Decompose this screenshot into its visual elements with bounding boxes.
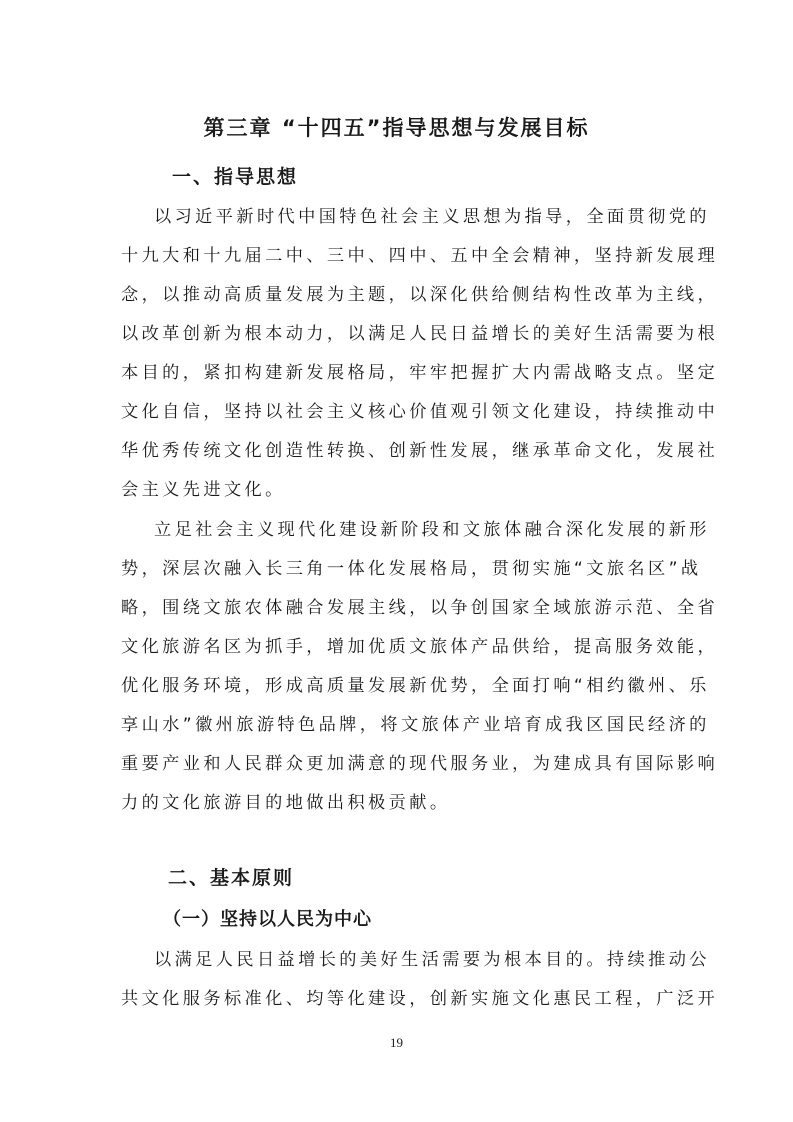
paragraph-line: 以满足人民日益增长的美好生活需要为根本目的。持续推动公 bbox=[154, 946, 681, 974]
section-heading-basic-principles: 二、基本原则 bbox=[168, 864, 294, 892]
paragraph-line: 文化旅游名区为抓手，增加优质文旅体产品供给，提高服务效能， bbox=[121, 633, 681, 661]
subsection-heading-people-centered: （一）坚持以人民为中心 bbox=[163, 906, 372, 934]
paragraph-line: 略，围绕文旅农体融合发展主线，以争创国家全域旅游示范、全省 bbox=[121, 594, 681, 622]
paragraph-line: 以改革创新为根本动力，以满足人民日益增长的美好生活需要为根 bbox=[121, 320, 681, 348]
paragraph-line: 力的文化旅游目的地做出积极贡献。 bbox=[121, 789, 681, 817]
paragraph-line: 会主义先进文化。 bbox=[121, 476, 681, 504]
document-page: 第三章 “十四五”指导思想与发展目标 一、指导思想 以习近平新时代中国特色社会主… bbox=[0, 0, 793, 1122]
paragraph-line: 优化服务环境，形成高质量发展新优势，全面打响“相约徽州、乐 bbox=[121, 672, 681, 700]
page-number: 19 bbox=[0, 1035, 793, 1051]
paragraph-line: 重要产业和人民群众更加满意的现代服务业，为建成具有国际影响 bbox=[121, 750, 681, 778]
paragraph-line: 念，以推动高质量发展为主题，以深化供给侧结构性改革为主线， bbox=[121, 281, 681, 309]
paragraph-line: 本目的，紧扣构建新发展格局，牢牢把握扩大内需战略支点。坚定 bbox=[121, 359, 681, 387]
paragraph-line: 享山水”徽州旅游特色品牌，将文旅体产业培育成我区国民经济的 bbox=[121, 711, 681, 739]
section-heading-guiding-ideology: 一、指导思想 bbox=[172, 163, 298, 191]
paragraph-line: 共文化服务标准化、均等化建设，创新实施文化惠民工程，广泛开 bbox=[121, 985, 681, 1013]
paragraph-line: 十九大和十九届二中、三中、四中、五中全会精神，坚持新发展理 bbox=[121, 242, 681, 270]
chapter-title: 第三章 “十四五”指导思想与发展目标 bbox=[0, 113, 793, 143]
paragraph-line: 以习近平新时代中国特色社会主义思想为指导，全面贯彻党的 bbox=[154, 203, 681, 231]
paragraph-line: 立足社会主义现代化建设新阶段和文旅体融合深化发展的新形 bbox=[154, 516, 681, 544]
paragraph-line: 文化自信，坚持以社会主义核心价值观引领文化建设，持续推动中 bbox=[121, 398, 681, 426]
paragraph-line: 华优秀传统文化创造性转换、创新性发展，继承革命文化，发展社 bbox=[121, 437, 681, 465]
paragraph-line: 势，深层次融入长三角一体化发展格局，贯彻实施“文旅名区”战 bbox=[121, 555, 681, 583]
